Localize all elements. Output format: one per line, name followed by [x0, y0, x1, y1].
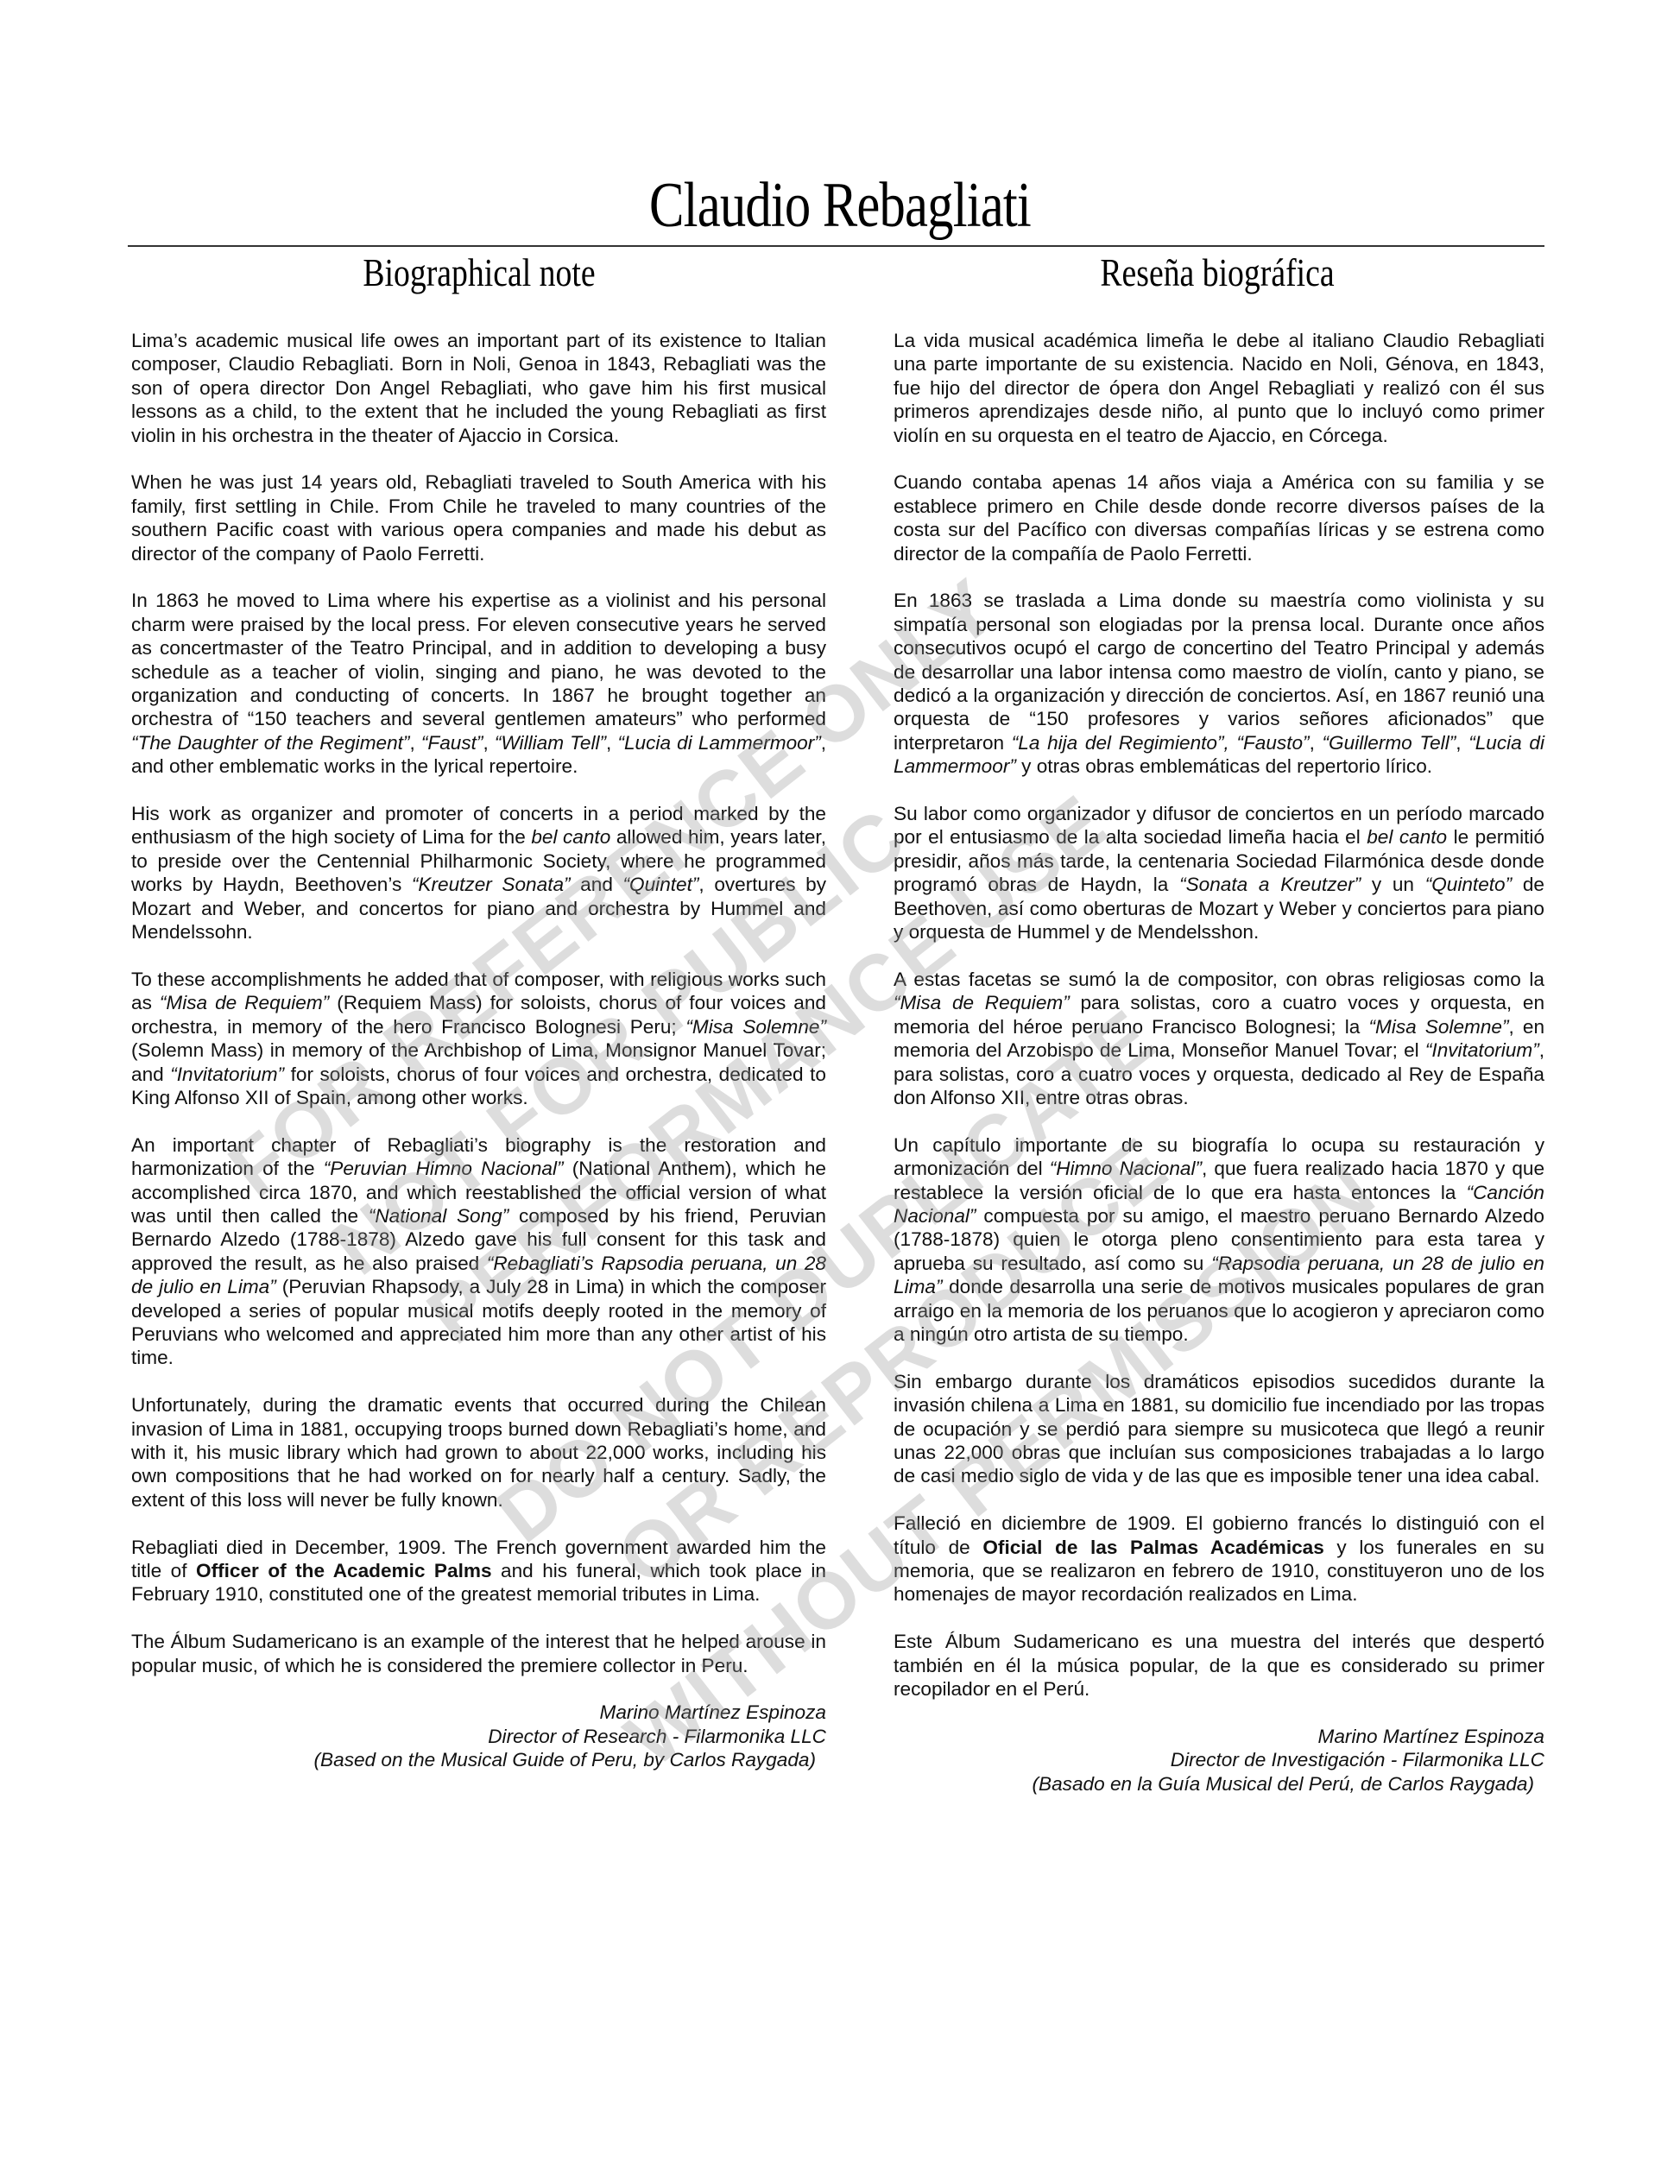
english-signature: Marino Martínez Espinoza Director of Res…	[131, 1701, 826, 1771]
spanish-paragraph: En 1863 se traslada a Lima donde su maes…	[894, 589, 1544, 778]
spanish-paragraph: A estas facetas se sumó la de compositor…	[894, 968, 1544, 1109]
spanish-paragraph: Cuando contaba apenas 14 años viaja a Am…	[894, 470, 1544, 565]
spanish-paragraph: La vida musical académica limeña le debe…	[894, 329, 1544, 447]
english-paragraph: Lima’s academic musical life owes an imp…	[131, 329, 826, 447]
english-column: Lima’s academic musical life owes an imp…	[131, 329, 826, 1772]
source-note: (Basado en la Guía Musical del Perú, de …	[894, 1772, 1544, 1796]
author-role: Director of Research - Filarmonika LLC	[131, 1725, 826, 1748]
spanish-signature: Marino Martínez Espinoza Director de Inv…	[894, 1725, 1544, 1796]
english-paragraph: The Álbum Sudamericano is an example of …	[131, 1630, 826, 1677]
source-note: (Based on the Musical Guide of Peru, by …	[131, 1748, 826, 1771]
spanish-paragraph: Falleció en diciembre de 1909. El gobier…	[894, 1512, 1544, 1606]
english-paragraph: In 1863 he moved to Lima where his exper…	[131, 589, 826, 778]
english-paragraph: His work as organizer and promoter of co…	[131, 802, 826, 944]
spanish-paragraph: Un capítulo importante de su biografía l…	[894, 1133, 1544, 1347]
english-paragraph: An important chapter of Rebagliati’s bio…	[131, 1133, 826, 1370]
spanish-heading: Reseña biográfica	[1026, 249, 1409, 297]
document-title: Claudio Rebagliati	[151, 169, 1529, 242]
english-paragraph: Unfortunately, during the dramatic event…	[131, 1393, 826, 1512]
english-paragraph: To these accomplishments he added that o…	[131, 968, 826, 1109]
english-paragraph: When he was just 14 years old, Rebagliat…	[131, 470, 826, 565]
author-name: Marino Martínez Espinoza	[131, 1701, 826, 1724]
document-page: Claudio Rebagliati Biographical note Res…	[0, 0, 1680, 2184]
english-heading: Biographical note	[263, 249, 695, 297]
spanish-column: La vida musical académica limeña le debe…	[894, 329, 1544, 1796]
spanish-paragraph: Este Álbum Sudamericano es una muestra d…	[894, 1630, 1544, 1701]
spanish-paragraph: Sin embargo durante los dramáticos episo…	[894, 1370, 1544, 1488]
author-name: Marino Martínez Espinoza	[894, 1725, 1544, 1748]
english-paragraph: Rebagliati died in December, 1909. The F…	[131, 1536, 826, 1606]
spanish-paragraph: Su labor como organizador y difusor de c…	[894, 802, 1544, 944]
author-role: Director de Investigación - Filarmonika …	[894, 1748, 1544, 1771]
title-divider	[128, 245, 1544, 247]
